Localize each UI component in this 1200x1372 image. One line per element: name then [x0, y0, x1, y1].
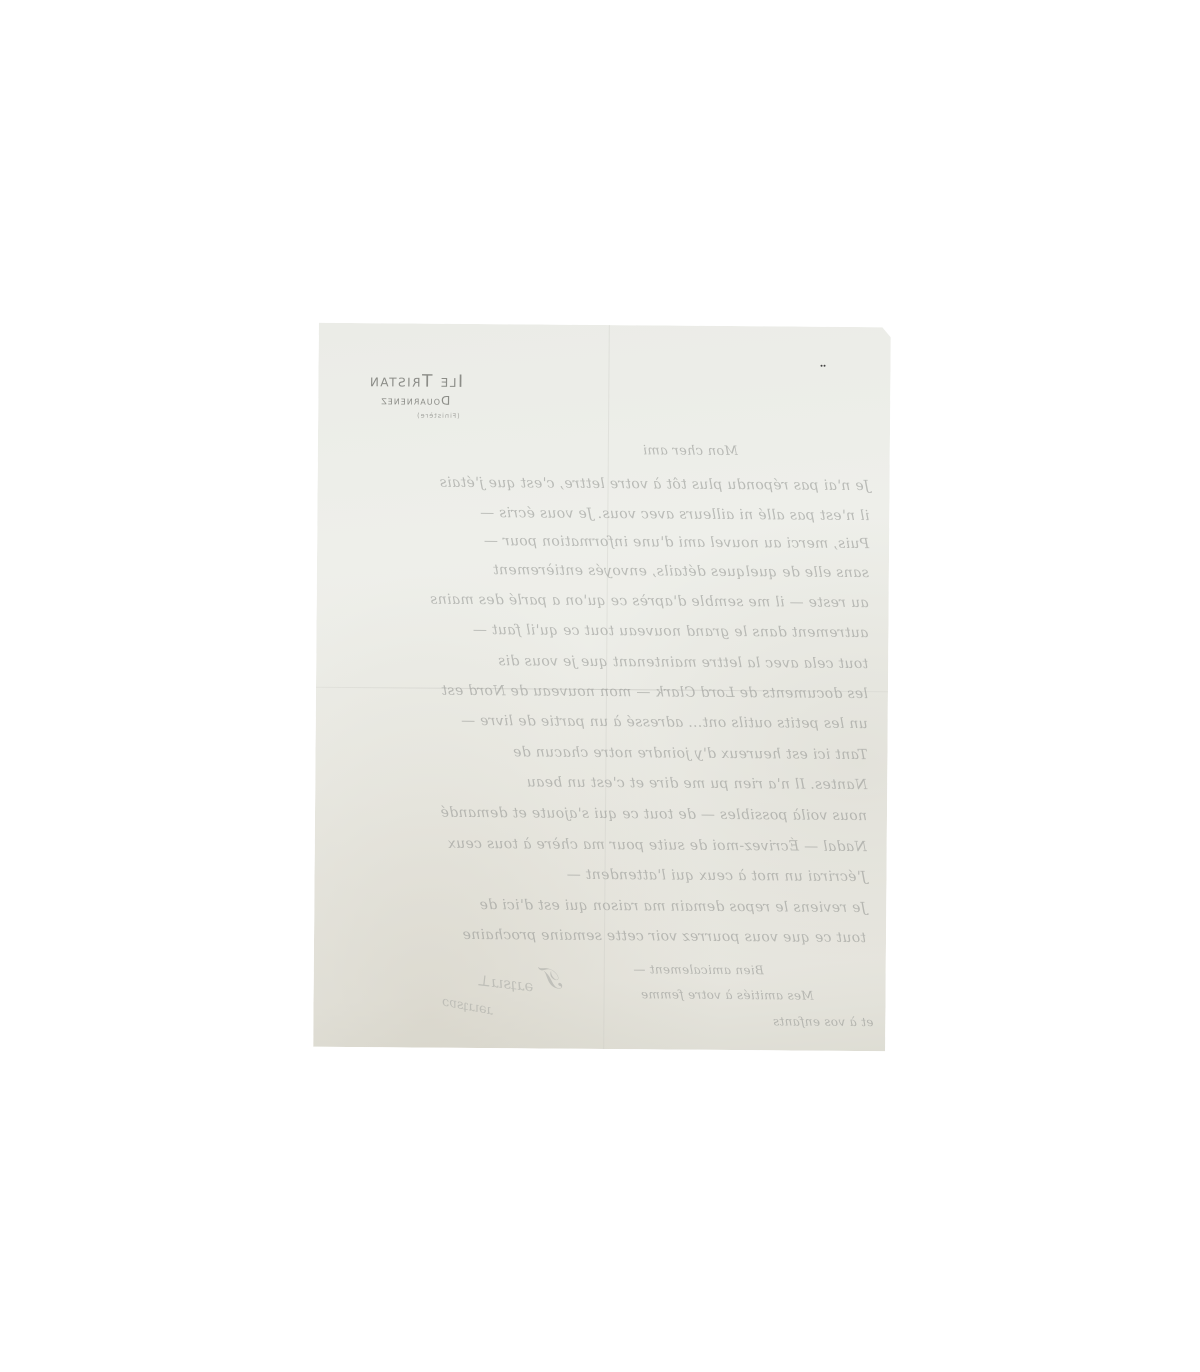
body-line: Tant ici est heureux d'y joindre notre c… — [327, 743, 867, 763]
body-line: il n'est pas allé ni ailleurs avec vous.… — [329, 504, 869, 524]
body-line: Nantes. Il n'a rien pu me dire et c'est … — [327, 773, 867, 793]
signature: 𝒯 ǝɹʇsıɹ⊥ ɹǝıɹʇsɐɔ — [313, 903, 604, 1015]
body-line: un les petits outils ont... adressé à un… — [328, 712, 868, 732]
body-line: nous voilà possibles — de tout ce qui s'… — [327, 804, 867, 824]
body-line: autrement dans le grand nouveau tout ce … — [328, 621, 868, 641]
body-line: Je n'ai pas répondu plus tôt à votre let… — [330, 474, 870, 494]
letter-sheet: Ile Tristan Douarnenez (Finistère) Mon c… — [313, 323, 891, 1051]
body-line: Nadal — Écrivez-moi de suite pour ma chè… — [327, 835, 867, 855]
body-line: J'écrirai un mot à ceux qui l'attendent … — [326, 865, 866, 885]
body-line: sans elle de quelques détails, envoyés e… — [329, 561, 869, 581]
body-line: tout cela avec la lettre maintenant que … — [328, 652, 868, 672]
body-line: au reste — il me semble d'après ce qu'on… — [329, 591, 869, 611]
salutation: Mon cher ami — [198, 440, 738, 459]
body-line: Puis, merci au nouvel ami d'une informat… — [329, 532, 869, 552]
body-line: les documents de Lord Clark — mon nouvea… — [328, 682, 868, 702]
